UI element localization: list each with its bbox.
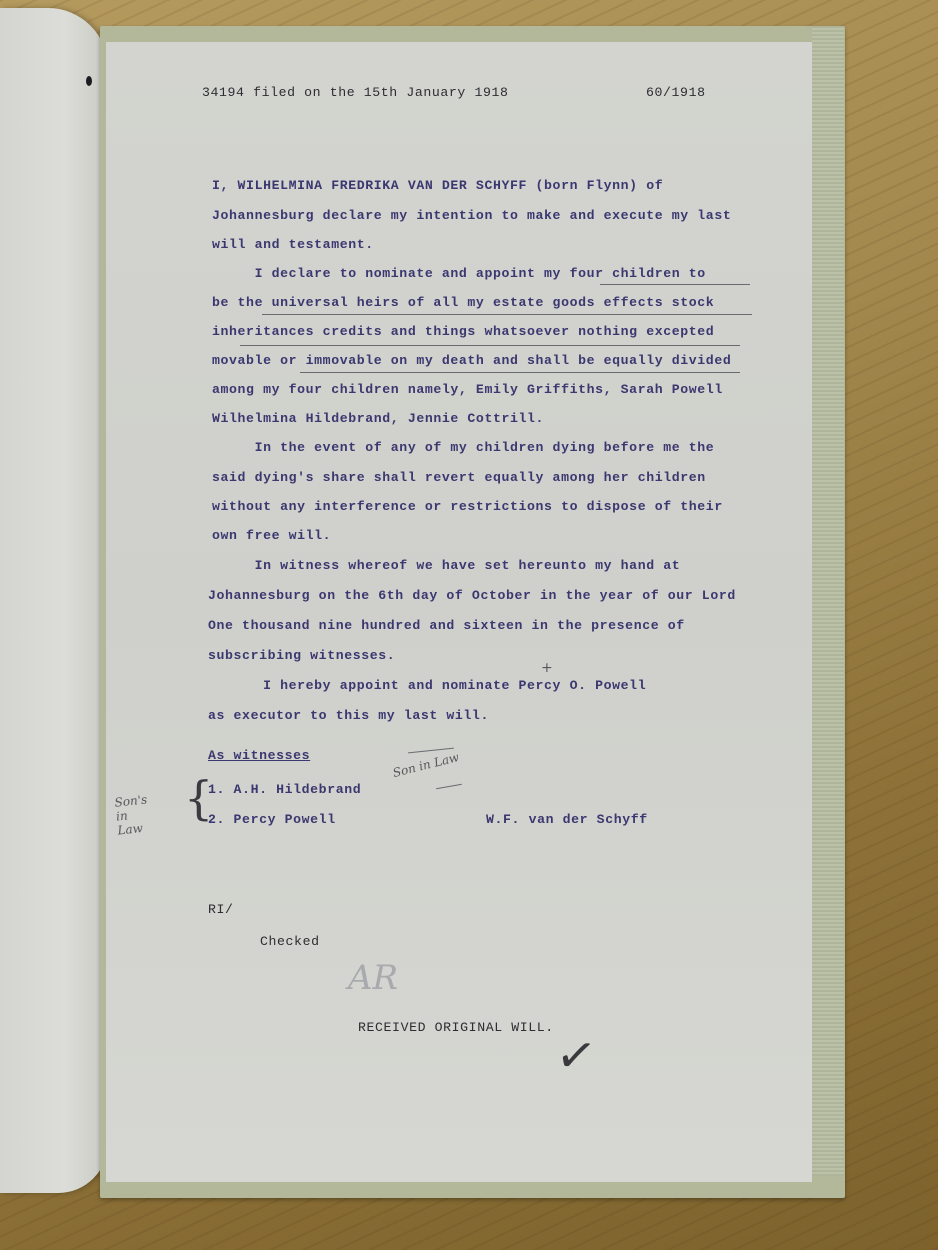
body-line: will and testament. (212, 237, 374, 252)
body-line: movable or immovable on my death and sha… (212, 353, 731, 368)
body-line: without any interference or restrictions… (212, 499, 723, 514)
body-line: In witness whereof we have set hereunto … (212, 558, 680, 573)
body-line: I, WILHELMINA FREDRIKA VAN DER SCHYFF (b… (212, 178, 663, 193)
body-line: In the event of any of my children dying… (212, 440, 714, 455)
pencil-underline (300, 372, 740, 373)
body-line: among my four children namely, Emily Gri… (212, 382, 723, 397)
tick-mark: ✓ (552, 1025, 600, 1086)
binding-tape (812, 26, 844, 1176)
witness-2: 2. Percy Powell (208, 812, 336, 827)
body-line: Johannesburg on the 6th day of October i… (208, 588, 736, 603)
body-line: I declare to nominate and appoint my fou… (212, 266, 706, 281)
binding-hole (86, 76, 92, 86)
body-line: subscribing witnesses. (208, 648, 395, 663)
body-line: Wilhelmina Hildebrand, Jennie Cottrill. (212, 411, 544, 426)
body-line: be the universal heirs of all my estate … (212, 295, 714, 310)
body-line: own free will. (212, 528, 331, 543)
body-line: Johannesburg declare my intention to mak… (212, 208, 731, 223)
pencil-underline (262, 314, 752, 315)
body-line: said dying's share shall revert equally … (212, 470, 706, 485)
body-line: I hereby appoint and nominate Percy O. P… (212, 678, 646, 693)
percy-mark: + (541, 660, 553, 676)
testator-signature: W.F. van der Schyff (486, 812, 648, 827)
body-line: inheritances credits and things whatsoev… (212, 324, 714, 339)
margin-note-sons-in-law: Son's in Law (114, 792, 151, 837)
facing-page (0, 8, 108, 1193)
body-line: as executor to this my last will. (208, 708, 489, 723)
pencil-underline (240, 345, 740, 346)
reference-number: 60/1918 (646, 85, 706, 100)
pencil-underline (600, 284, 750, 285)
checked-label: Checked (260, 934, 320, 949)
ri-mark: RI/ (208, 902, 234, 917)
witness-1: 1. A.H. Hildebrand (208, 782, 361, 797)
received-original-will: RECEIVED ORIGINAL WILL. (358, 1020, 554, 1035)
filing-header: 34194 filed on the 15th January 1918 (202, 85, 509, 100)
pencil-initials: AR (348, 958, 398, 998)
witnesses-heading: As witnesses (208, 748, 310, 763)
body-line: One thousand nine hundred and sixteen in… (208, 618, 685, 633)
